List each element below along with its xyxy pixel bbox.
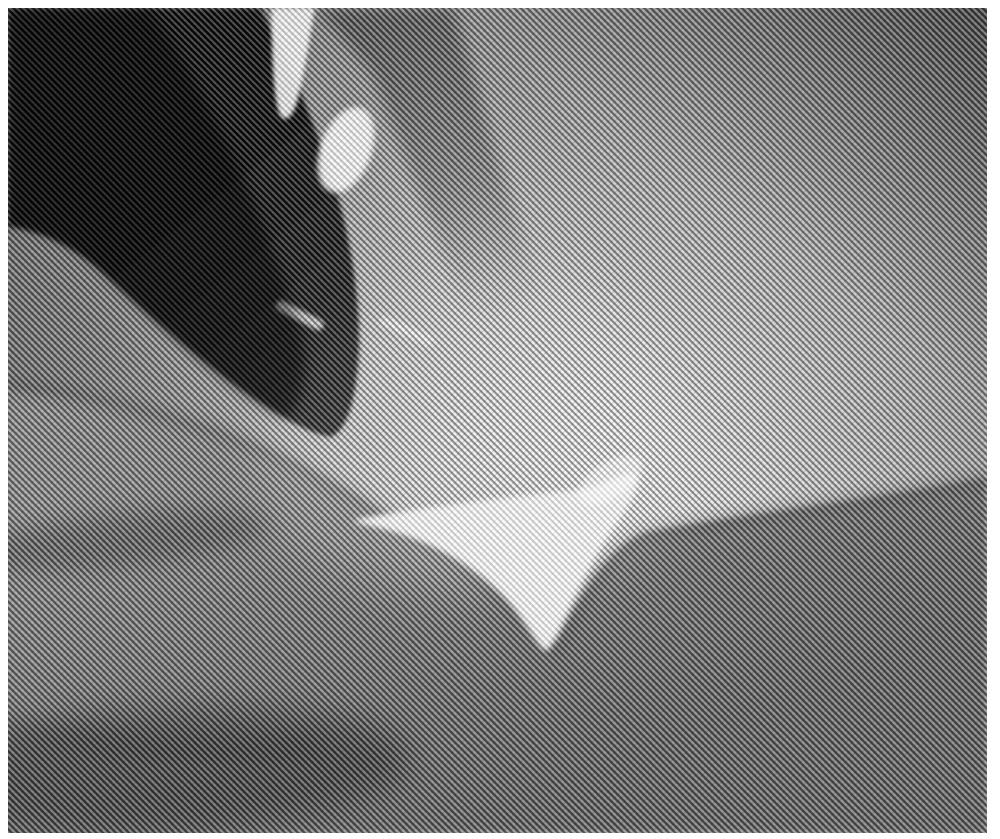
halftone-canvas bbox=[0, 0, 1000, 839]
halftone-figure bbox=[0, 0, 1000, 839]
